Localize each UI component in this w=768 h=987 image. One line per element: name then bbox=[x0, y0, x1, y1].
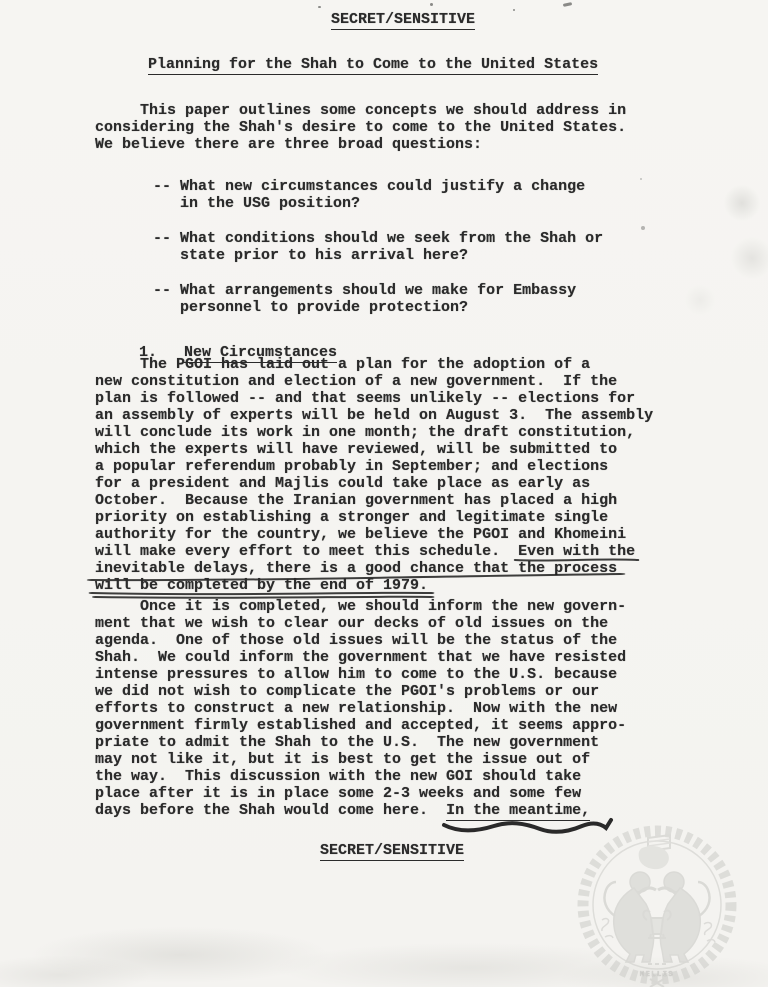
paragraph-once-completed: Once it is completed, we should inform t… bbox=[95, 598, 626, 819]
text-line: we did not wish to complicate the PGOI's… bbox=[95, 683, 626, 700]
question-item-2: -- What conditions should we seek from t… bbox=[153, 230, 603, 264]
text-line: days before the Shah would come here. In… bbox=[95, 802, 626, 819]
ink-speck bbox=[563, 2, 572, 7]
scanned-memo-page: MELLIS SECRET/SENSITIVE Planning for the… bbox=[0, 0, 768, 987]
classification-footer: SECRET/SENSITIVE bbox=[320, 842, 464, 859]
underlined-passage: will be completed by the end of 1979. bbox=[95, 577, 428, 594]
classification-header: SECRET/SENSITIVE bbox=[331, 11, 475, 28]
question-item-1: -- What new circumstances could justify … bbox=[153, 178, 585, 212]
text-line: We believe there are three broad questio… bbox=[95, 136, 626, 153]
underlined-passage: Even with the bbox=[518, 543, 635, 560]
underlined-passage: inevitable delays, there is a good chanc… bbox=[95, 560, 617, 577]
text-line: Shah. We could inform the government tha… bbox=[95, 649, 626, 666]
underlined-passage: In the meantime, bbox=[446, 802, 590, 819]
text-line: authority for the country, we believe th… bbox=[95, 526, 653, 543]
text-line: This paper outlines some concepts we sho… bbox=[95, 102, 626, 119]
ink-speck bbox=[513, 9, 515, 11]
text-line: a popular referendum probably in Septemb… bbox=[95, 458, 653, 475]
ink-speck bbox=[640, 178, 642, 180]
majlis-lion-emblem-watermark: MELLIS bbox=[568, 816, 746, 987]
paragraph-new-circumstances: The PGOI has laid out a plan for the ado… bbox=[95, 356, 653, 594]
text-line: new constitution and election of a new g… bbox=[95, 373, 653, 390]
text-line: What new circumstances could justify a c… bbox=[180, 178, 585, 195]
ink-speck bbox=[430, 3, 433, 6]
text-line: place after it is in place some 2-3 week… bbox=[95, 785, 626, 802]
text-segment: days before the Shah would come here. bbox=[95, 802, 446, 819]
text-line: plan is followed -- and that seems unlik… bbox=[95, 390, 653, 407]
lion-right-icon bbox=[658, 872, 710, 962]
page-title: Planning for the Shah to Come to the Uni… bbox=[148, 56, 598, 73]
question-text: What arrangements should we make for Emb… bbox=[180, 282, 576, 316]
script-right-icon bbox=[704, 923, 715, 942]
text-line: in the USG position? bbox=[180, 195, 585, 212]
text-line: personnel to provide protection? bbox=[180, 299, 576, 316]
text-segment: will make every effort to meet this sche… bbox=[95, 543, 518, 560]
intro-paragraph: This paper outlines some concepts we sho… bbox=[95, 102, 626, 153]
watermark-caption: MELLIS bbox=[640, 971, 674, 979]
question-text: What new circumstances could justify a c… bbox=[180, 178, 585, 212]
text-line: ment that we wish to clear our decks of … bbox=[95, 615, 626, 632]
ink-speck bbox=[318, 6, 321, 8]
page-title-text: Planning for the Shah to Come to the Uni… bbox=[148, 56, 598, 75]
bullet-marker: -- bbox=[153, 230, 171, 264]
ink-speck bbox=[641, 226, 645, 230]
text-line: considering the Shah's desire to come to… bbox=[95, 119, 626, 136]
bullet-marker: -- bbox=[153, 282, 171, 316]
text-line: The PGOI has laid out a plan for the ado… bbox=[95, 356, 653, 373]
classification-footer-text: SECRET/SENSITIVE bbox=[320, 842, 464, 861]
flag-icon bbox=[639, 835, 670, 869]
text-line: the way. This discussion with the new GO… bbox=[95, 768, 626, 785]
text-line: may not like it, but it is best to get t… bbox=[95, 751, 626, 768]
text-line: priority on establishing a stronger and … bbox=[95, 509, 653, 526]
question-item-3: -- What arrangements should we make for … bbox=[153, 282, 576, 316]
script-left-icon bbox=[602, 919, 613, 938]
text-line: What arrangements should we make for Emb… bbox=[180, 282, 576, 299]
text-line: efforts to construct a new relationship.… bbox=[95, 700, 626, 717]
text-line: intense pressures to allow him to come t… bbox=[95, 666, 626, 683]
text-line: state prior to his arrival here? bbox=[180, 247, 603, 264]
text-line: will make every effort to meet this sche… bbox=[95, 543, 653, 560]
wavy-pen-underline-icon bbox=[440, 817, 616, 841]
bullet-marker: -- bbox=[153, 178, 171, 212]
text-line: will conclude its work in one month; the… bbox=[95, 424, 653, 441]
text-line: October. Because the Iranian government … bbox=[95, 492, 653, 509]
text-line: government firmly established and accept… bbox=[95, 717, 626, 734]
classification-header-text: SECRET/SENSITIVE bbox=[331, 11, 475, 30]
text-line: What conditions should we seek from the … bbox=[180, 230, 603, 247]
question-text: What conditions should we seek from the … bbox=[180, 230, 603, 264]
text-line: agenda. One of those old issues will be … bbox=[95, 632, 626, 649]
text-line: for a president and Majlis could take pl… bbox=[95, 475, 653, 492]
text-line: which the experts will have reviewed, wi… bbox=[95, 441, 653, 458]
text-line: an assembly of experts will be held on A… bbox=[95, 407, 653, 424]
text-line: Once it is completed, we should inform t… bbox=[95, 598, 626, 615]
text-line: inevitable delays, there is a good chanc… bbox=[95, 560, 653, 577]
text-line: priate to admit the Shah to the U.S. The… bbox=[95, 734, 626, 751]
lion-left-icon bbox=[604, 872, 656, 962]
